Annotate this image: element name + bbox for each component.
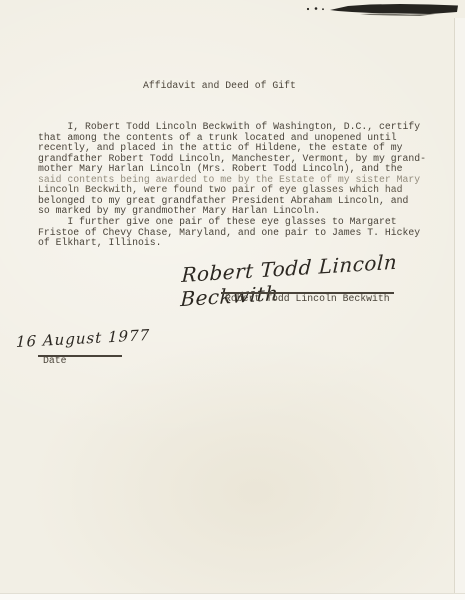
document-line: recently, and placed in the attic of Hil… (38, 143, 448, 154)
gift-clause-paragraph: I further give one pair of these eye gla… (38, 217, 448, 249)
handwritten-date: 16 August 1977 (16, 326, 150, 351)
date-label: Date (43, 356, 67, 367)
document-line: I, Robert Todd Lincoln Beckwith of Washi… (38, 122, 448, 133)
document-page: Affidavit and Deed of Gift I, Robert Tod… (0, 0, 465, 600)
scan-artifact-mark (300, 0, 465, 22)
document-title: Affidavit and Deed of Gift (143, 81, 296, 92)
document-line: mother Mary Harlan Lincoln (Mrs. Robert … (38, 164, 448, 175)
paper-bottom-edge (0, 593, 465, 600)
affidavit-body-paragraph: I, Robert Todd Lincoln Beckwith of Washi… (38, 122, 448, 217)
paper-right-edge (454, 18, 465, 600)
signature-typed-name: Robert Todd Lincoln Beckwith (225, 294, 390, 305)
document-line: Lincoln Beckwith, were found two pair of… (38, 185, 448, 196)
document-line: of Elkhart, Illinois. (38, 238, 448, 249)
document-line: so marked by my grandmother Mary Harlan … (38, 206, 448, 217)
document-line: I further give one pair of these eye gla… (38, 217, 448, 228)
